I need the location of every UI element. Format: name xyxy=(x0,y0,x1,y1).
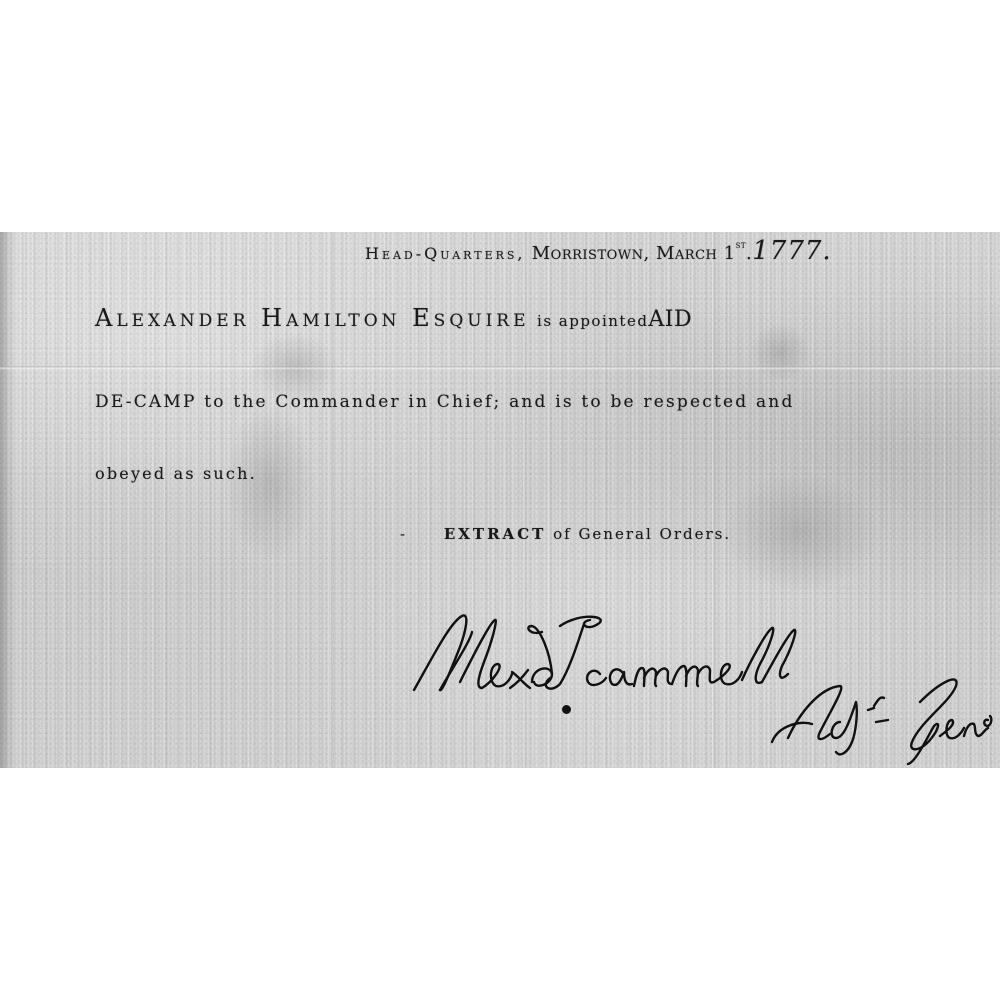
header-day-suffix: st xyxy=(736,240,746,251)
appointment-line-1: Alexander Hamilton Esquire is appointedA… xyxy=(95,304,692,332)
header-place: Morristown, xyxy=(532,243,650,264)
appointee-name: Alexander Hamilton Esquire xyxy=(95,304,530,332)
extract-dash: - xyxy=(400,525,407,543)
appointment-line-2: DE-CAMP to the Commander in Chief; and i… xyxy=(95,392,795,412)
header-year: 1777. xyxy=(752,236,831,266)
appointment-text-b: AID xyxy=(648,307,692,332)
document-header: Head-Quarters, Morristown, March 1st.177… xyxy=(365,236,832,266)
appointment-line-3: obeyed as such. xyxy=(95,464,257,483)
extract-rest: of General Orders. xyxy=(553,525,731,543)
appointment-text-d: obeyed as such. xyxy=(95,464,257,483)
header-month: March xyxy=(656,243,717,264)
water-stain xyxy=(750,322,810,382)
extract-caps: EXTRACT xyxy=(444,525,546,543)
appointment-role: DE-CAMP xyxy=(95,392,197,412)
water-stain xyxy=(720,472,880,592)
page: Head-Quarters, Morristown, March 1st.177… xyxy=(0,0,1000,1000)
header-place-prefix: Head-Quarters, xyxy=(365,244,526,263)
paper-edge-shadow xyxy=(0,232,14,768)
signature: Alexd Scammell xyxy=(400,602,1000,768)
ink-blot xyxy=(562,705,571,714)
appointment-text-a: is appointed xyxy=(537,312,648,330)
fold-crease-horizontal xyxy=(0,366,1000,370)
extract-line: - EXTRACT of General Orders. xyxy=(400,525,731,543)
document-paper: Head-Quarters, Morristown, March 1st.177… xyxy=(0,232,1000,768)
header-day: 1 xyxy=(724,243,736,264)
appointment-text-c: to the Commander in Chief; and is to be … xyxy=(204,392,794,412)
